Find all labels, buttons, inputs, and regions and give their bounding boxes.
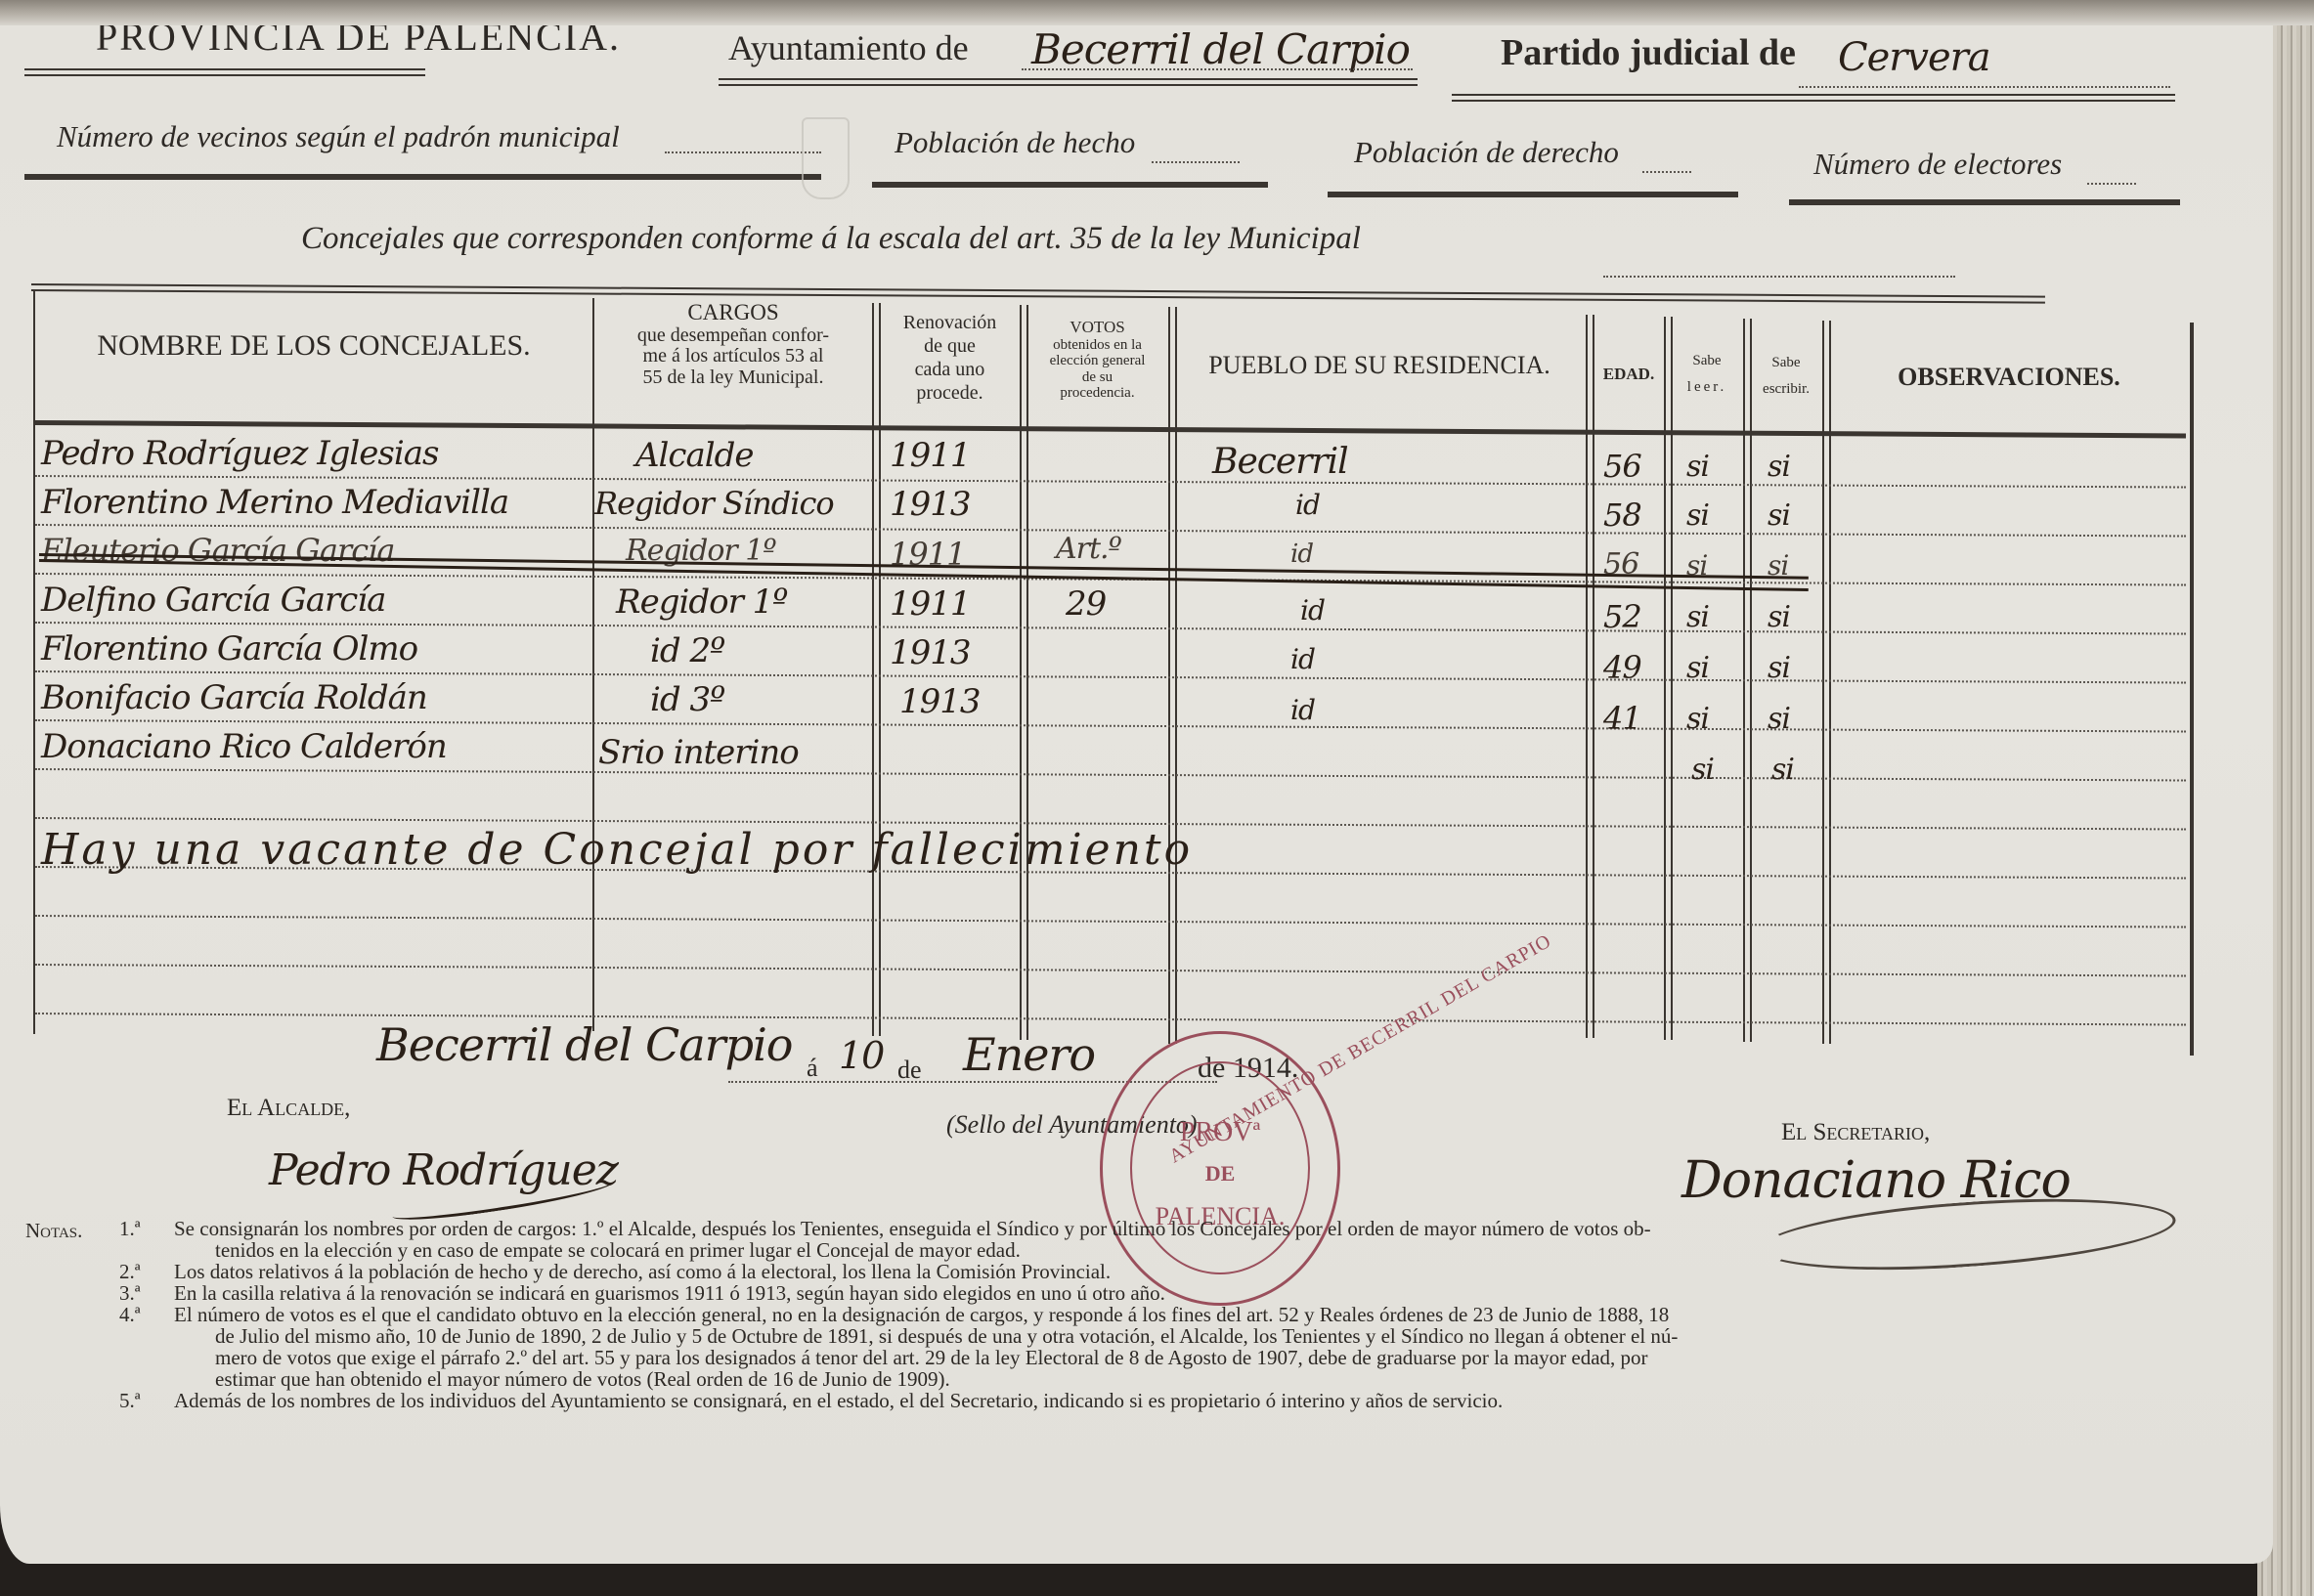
leer-l1: Sabe (1669, 348, 1745, 374)
votos-l3: elección general (1026, 353, 1168, 369)
hecho-label: Población de hecho (895, 125, 1135, 160)
row-7-escribir: si (1771, 753, 1794, 787)
row-4-nombre: Delfino García García (41, 581, 385, 620)
col-sep-escribir (1822, 321, 1831, 1044)
row-4-renovacion: 1911 (890, 584, 971, 624)
col-header-pueblo: PUEBLO DE SU RESIDENCIA. (1173, 352, 1586, 379)
municipal-stamp: AYUNTAMIENTO DE BECERRIL DEL CARPIO PROV… (1100, 1031, 1340, 1306)
vecinos-rule (24, 174, 821, 180)
escribir-l2: escribir. (1748, 376, 1824, 403)
col-header-leer: Sabe leer. (1669, 348, 1745, 401)
col-header-edad: EDAD. (1592, 366, 1666, 383)
row-3-votos: Art.º (1056, 532, 1121, 566)
partido-value: Cervera (1838, 35, 1990, 80)
row-2-escribir: si (1768, 498, 1790, 533)
cargos-sub-1: que desempeñan confor- (594, 325, 872, 347)
electores-dotted-line (2087, 183, 2136, 185)
row-line-12 (35, 1013, 2186, 1026)
col-header-nombre: NOMBRE DE LOS CONCEJALES. (35, 330, 592, 362)
row-2-leer: si (1686, 498, 1709, 533)
row-5-leer: si (1686, 651, 1709, 685)
row-6-renovacion: 1913 (899, 682, 981, 721)
note-5-line-1: Además de los nombres de los individuos … (174, 1390, 1503, 1411)
row-1-renovacion: 1911 (890, 436, 971, 475)
col-sep-nombre (592, 298, 594, 1031)
row-5-nombre: Florentino García Olmo (41, 629, 417, 669)
row-5-cargo: id 2º (650, 631, 724, 670)
electores-rule (1789, 199, 2180, 205)
date-month: Enero (963, 1028, 1095, 1081)
renovacion-l2: de que (880, 334, 1020, 358)
stamp-line-1: PROVª (1103, 1117, 1337, 1148)
row-6-edad: 41 (1603, 700, 1641, 737)
renovacion-l1: Renovación (880, 311, 1020, 334)
row-2-edad: 58 (1603, 496, 1641, 534)
votos-l4: de su (1026, 369, 1168, 386)
row-6-nombre: Bonifacio García Roldán (41, 678, 427, 717)
row-line-10 (35, 915, 2186, 928)
renovacion-l3: cada uno (880, 358, 1020, 381)
row-1-edad: 56 (1603, 448, 1641, 485)
cargos-title: CARGOS (594, 301, 872, 325)
row-4-escribir: si (1768, 600, 1790, 634)
date-a-label: á (807, 1054, 818, 1083)
vecinos-label: Número de vecinos según el padrón munici… (57, 119, 620, 154)
secretario-label: El Secretario, (1781, 1119, 1930, 1146)
row-line-11 (35, 964, 2186, 977)
note-4-line-1: El número de votos es el que el candidat… (174, 1304, 1669, 1325)
row-2-pueblo: id (1295, 489, 1320, 521)
row-1-escribir: si (1768, 450, 1790, 484)
row-7-cargo: Srio interino (598, 733, 799, 772)
derecho-dotted-line (1642, 171, 1691, 173)
date-day: 10 (839, 1034, 884, 1077)
note-1-line-1: Se consignarán los nombres por orden de … (174, 1218, 1651, 1239)
row-2-cargo: Regidor Síndico (594, 485, 834, 522)
col-header-cargos: CARGOS que desempeñan confor- me á los a… (594, 301, 872, 389)
table-top-rule (31, 283, 2045, 304)
book-top-edge (0, 0, 2314, 25)
note-2-number: 2.ª (119, 1261, 141, 1282)
row-7-leer: si (1691, 753, 1714, 787)
derecho-label: Población de derecho (1354, 135, 1619, 170)
concejales-dotted-line (1603, 276, 1955, 278)
votos-l5: procedencia. (1026, 385, 1168, 402)
coat-of-arms-watermark (802, 117, 850, 199)
row-5-renovacion: 1913 (890, 633, 971, 672)
note-1-number: 1.ª (119, 1218, 141, 1239)
row-4-edad: 52 (1603, 598, 1641, 635)
row-line-7 (35, 768, 2186, 782)
ayuntamiento-rule (719, 78, 1418, 86)
row-1-nombre: Pedro Rodríguez Iglesias (41, 434, 438, 473)
col-sep-votos (1168, 307, 1177, 1044)
ayuntamiento-label: Ayuntamiento de (728, 27, 969, 68)
row-6-cargo: id 3º (650, 680, 724, 719)
row-3-pueblo: id (1290, 539, 1313, 569)
note-4-line-2: de Julio del mismo año, 10 de Junio de 1… (215, 1325, 1678, 1347)
note-4-number: 4.ª (119, 1304, 141, 1325)
row-4-cargo: Regidor 1º (616, 582, 787, 622)
cargos-sub-2: me á los artículos 53 al (594, 346, 872, 367)
row-2-nombre: Florentino Merino Mediavilla (41, 483, 508, 522)
note-3-line-1: En la casilla relativa á la renovación s… (174, 1282, 1165, 1304)
col-header-votos: VOTOS obtenidos en la elección general d… (1026, 319, 1168, 402)
leer-l2: leer. (1669, 374, 1745, 401)
note-4-line-3: mero de votos que exige el párrafo 2.º d… (215, 1347, 1648, 1368)
stamp-line-2: DE (1103, 1161, 1337, 1186)
cargos-sub-3: 55 de la ley Municipal. (594, 367, 872, 389)
note-3-number: 3.ª (119, 1282, 141, 1304)
row-5-escribir: si (1768, 651, 1790, 685)
col-sep-cargos (872, 303, 881, 1036)
col-header-escribir: Sabe escribir. (1748, 350, 1824, 403)
derecho-rule (1328, 192, 1738, 197)
row-4-pueblo: id (1300, 594, 1325, 626)
row-4-votos: 29 (1066, 584, 1106, 624)
col-sep-renovacion (1020, 305, 1028, 1040)
partido-label: Partido judicial de (1501, 31, 1796, 74)
votos-l2: obtenidos en la (1026, 337, 1168, 354)
alcalde-label: El Alcalde, (227, 1095, 350, 1122)
note-5-number: 5.ª (119, 1390, 141, 1411)
row-7-nombre: Donaciano Rico Calderón (41, 727, 447, 766)
notes-label: Notas. (25, 1220, 82, 1241)
note-4-line-4: estimar que han obtenido el mayor número… (215, 1368, 950, 1390)
table-left-border (33, 291, 35, 1034)
document-page: PROVINCIA DE PALENCIA. Ayuntamiento de B… (0, 0, 2273, 1564)
concejales-label: Concejales que corresponden conforme á l… (301, 221, 1361, 257)
row-1-cargo: Alcalde (635, 436, 754, 475)
row-6-pueblo: id (1290, 694, 1315, 726)
hecho-dotted-line (1152, 161, 1240, 163)
row-4-leer: si (1686, 600, 1709, 634)
escribir-l1: Sabe (1748, 350, 1824, 376)
electores-label: Número de electores (1813, 147, 2062, 182)
table-right-border (2190, 323, 2194, 1056)
partido-rule (1452, 94, 2175, 102)
row-5-pueblo: id (1290, 643, 1315, 675)
row-1-leer: si (1686, 450, 1709, 484)
hecho-rule (872, 182, 1268, 188)
col-sep-pueblo (1586, 315, 1594, 1038)
col-header-renovacion: Renovación de que cada uno procede. (880, 311, 1020, 405)
row-1-pueblo: Becerril (1212, 442, 1348, 482)
votos-l1: VOTOS (1026, 319, 1168, 337)
province-rule (24, 68, 425, 76)
row-2-renovacion: 1913 (890, 485, 971, 524)
col-header-observaciones: OBSERVACIONES. (1828, 364, 2190, 391)
note-2-line-1: Los datos relativos á la población de he… (174, 1261, 1111, 1282)
vacancy-note: Hay una vacante de Concejal por fallecim… (41, 825, 1193, 875)
place-handwritten: Becerril del Carpio (376, 1018, 793, 1071)
row-5-edad: 49 (1603, 649, 1641, 686)
row-6-leer: si (1686, 702, 1709, 736)
ayuntamiento-value: Becerril del Carpio (1031, 25, 1410, 73)
note-1-line-2: tenidos en la elección y en caso de empa… (215, 1239, 1021, 1261)
vecinos-dotted-line (665, 151, 821, 153)
ayuntamiento-dotted-line (1022, 68, 1413, 70)
renovacion-l4: procede. (880, 381, 1020, 405)
row-6-escribir: si (1768, 702, 1790, 736)
partido-dotted-line (1799, 86, 2170, 88)
